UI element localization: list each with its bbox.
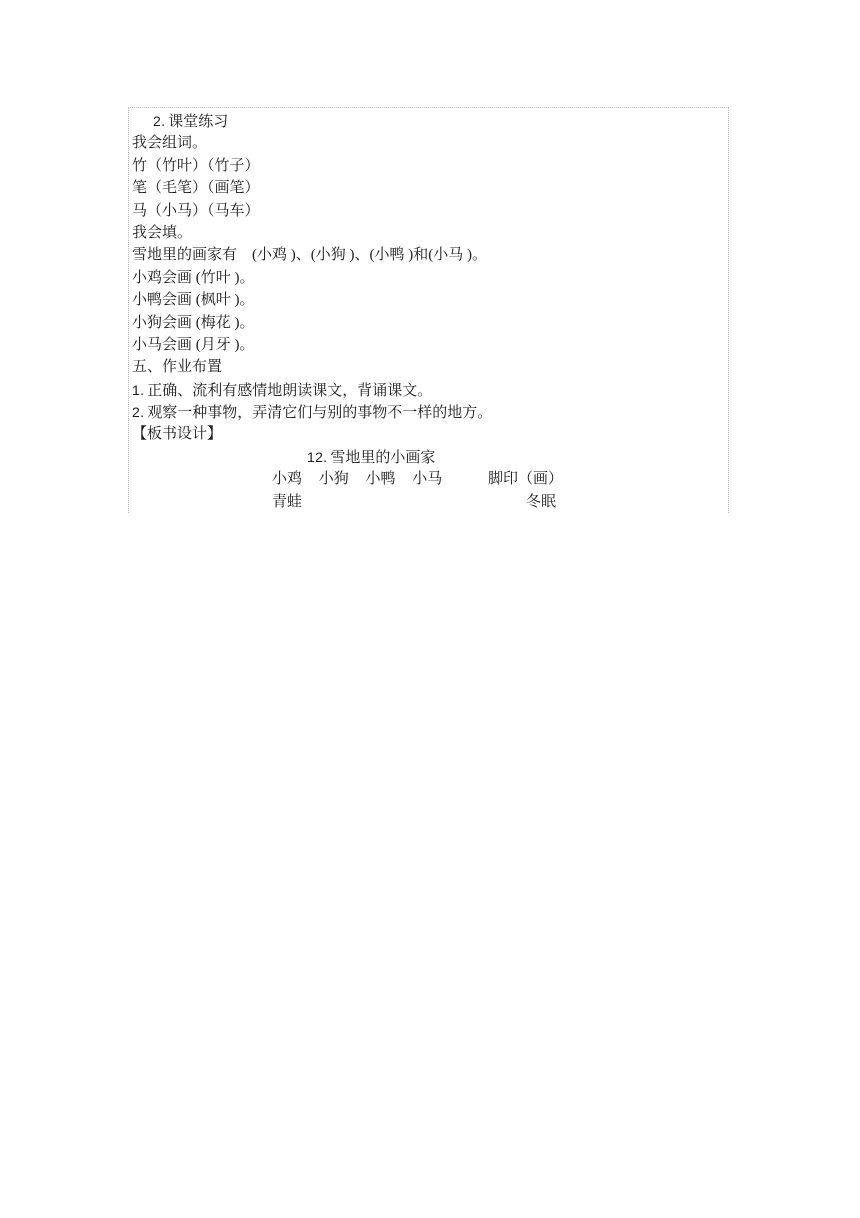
line-text: 竹（竹叶）（竹子） <box>132 158 260 174</box>
lesson-number: 12. <box>307 449 327 465</box>
board-frog-label: 青蛙 <box>272 494 302 510</box>
line-text: 课堂练习 <box>168 114 228 130</box>
line-text: 笔（毛笔）（画笔） <box>132 180 260 196</box>
line-text: 小鸭会画 (枫叶 )。 <box>132 292 255 308</box>
line-text: 我会组词。 <box>132 135 207 151</box>
line-text: 正确、流利有感情地朗读课文，背诵课文。 <box>147 383 432 399</box>
board-row-frog: 青蛙 冬眠 <box>132 491 728 513</box>
board-animal: 小鸡 <box>272 468 302 490</box>
section-heading: 五、作业布置 <box>132 356 728 378</box>
board-row-animals: 小鸡 小狗 小鸭 小马 脚印（画） <box>132 468 728 490</box>
text-line: 笔（毛笔）（画笔） <box>132 177 728 199</box>
board-title-text: 雪地里的小画家 <box>330 450 435 466</box>
line-number: 2. <box>153 113 165 129</box>
line-text: 雪地里的画家有 (小鸡 )、(小狗 )、(小鸭 )和(小马 )。 <box>132 247 487 263</box>
text-line: 竹（竹叶）（竹子） <box>132 155 728 177</box>
line-number: 1. <box>132 382 144 398</box>
board-animal: 小鸭 <box>366 468 396 490</box>
text-line: 雪地里的画家有 (小鸡 )、(小狗 )、(小鸭 )和(小马 )。 <box>132 244 728 266</box>
text-line: 我会填。 <box>132 222 728 244</box>
text-line: 1.正确、流利有感情地朗读课文，背诵课文。 <box>132 379 728 401</box>
line-text: 五、作业布置 <box>132 359 222 375</box>
text-line: 2.课堂练习 <box>132 110 728 132</box>
text-line: 我会组词。 <box>132 132 728 154</box>
text-line: 小狗会画 (梅花 )。 <box>132 312 728 334</box>
board-animal: 小马 <box>412 468 442 490</box>
text-line: 小马会画 (月牙 )。 <box>132 334 728 356</box>
board-design-heading: 【板书设计】 <box>132 423 728 445</box>
line-text: 观察一种事物，弄清它们与别的事物不一样的地方。 <box>147 405 492 421</box>
line-number: 2. <box>132 404 144 420</box>
text-line: 小鸡会画 (竹叶 )。 <box>132 267 728 289</box>
text-boundary-box: 2.课堂练习 我会组词。 竹（竹叶）（竹子） 笔（毛笔）（画笔） 马（小马）（马… <box>128 107 729 513</box>
line-text: 马（小马）（马车） <box>132 203 260 219</box>
document-page: 2.课堂练习 我会组词。 竹（竹叶）（竹子） 笔（毛笔）（画笔） 马（小马）（马… <box>0 0 860 1218</box>
board-footprint-label: 脚印（画） <box>488 468 563 490</box>
text-line: 小鸭会画 (枫叶 )。 <box>132 289 728 311</box>
line-text: 小鸡会画 (竹叶 )。 <box>132 270 255 286</box>
board-title: 12.雪地里的小画家 <box>132 446 728 468</box>
text-line: 2.观察一种事物，弄清它们与别的事物不一样的地方。 <box>132 401 728 423</box>
line-text: 小马会画 (月牙 )。 <box>132 337 255 353</box>
board-hibernate-label: 冬眠 <box>526 491 556 513</box>
board-animal: 小狗 <box>319 468 349 490</box>
line-text: 我会填。 <box>132 225 192 241</box>
line-text: 小狗会画 (梅花 )。 <box>132 315 255 331</box>
text-line: 马（小马）（马车） <box>132 200 728 222</box>
line-text: 【板书设计】 <box>132 426 222 442</box>
